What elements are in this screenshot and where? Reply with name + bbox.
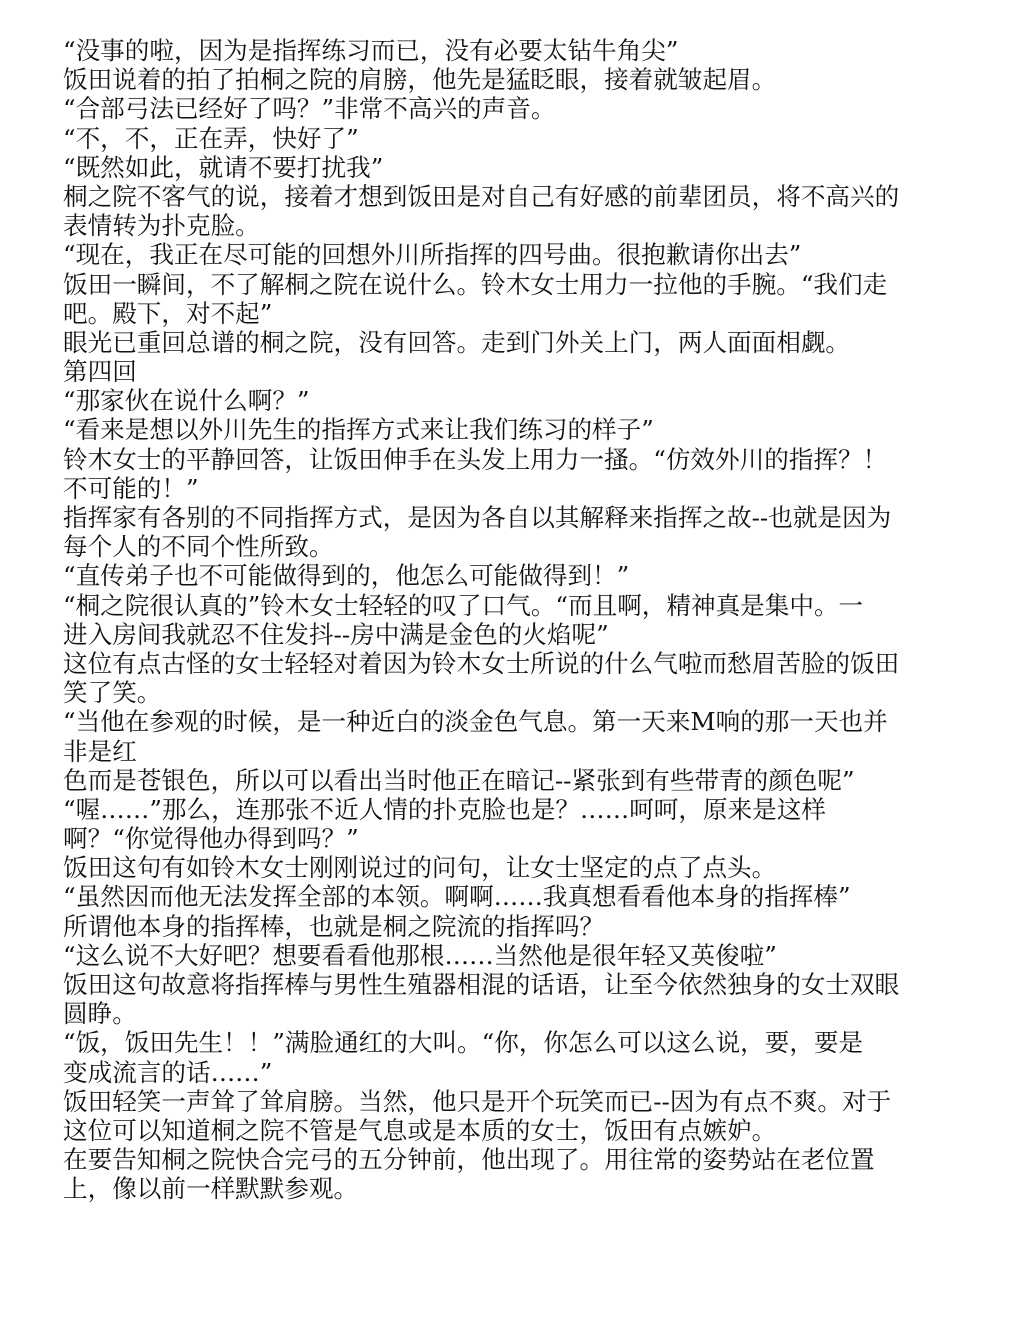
text-line: 饭田一瞬间，不了解桐之院在说什么。铃木女士用力一拉他的手腕。“我们走 (63, 270, 955, 299)
text-line: 饭田轻笑一声耸了耸肩膀。当然，他只是开个玩笑而已--因为有点不爽。对于 (63, 1087, 955, 1116)
text-line: “那家伙在说什么啊？” (63, 386, 955, 415)
text-line: 眼光已重回总谱的桐之院，没有回答。走到门外关上门，两人面面相觑。 (63, 328, 955, 357)
text-line: “当他在参观的时候，是一种近白的淡金色气息。第一天来M响的那一天也并 (63, 707, 955, 736)
text-line: 饭田说着的拍了拍桐之院的肩膀，他先是猛眨眼，接着就皱起眉。 (63, 65, 955, 94)
text-line: 所谓他本身的指挥棒，也就是桐之院流的指挥吗？ (63, 912, 955, 941)
text-line: 非是红 (63, 737, 955, 766)
text-line: 不可能的！” (63, 474, 955, 503)
text-line: 这位可以知道桐之院不管是气息或是本质的女士，饭田有点嫉妒。 (63, 1116, 955, 1145)
text-line: “合部弓法已经好了吗？”非常不高兴的声音。 (63, 94, 955, 123)
text-line: 变成流言的话……” (63, 1058, 955, 1087)
text-line: 表情转为扑克脸。 (63, 211, 955, 240)
text-line: “不，不，正在弄，快好了” (63, 124, 955, 153)
text-line: “虽然因而他无法发挥全部的本领。啊啊……我真想看看他本身的指挥棒” (63, 882, 955, 911)
text-line: 上，像以前一样默默参观。 (63, 1174, 955, 1203)
text-line: “饭，饭田先生！！”满脸通红的大叫。“你，你怎么可以这么说，要，要是 (63, 1028, 955, 1057)
text-line: 吧。殿下，对不起” (63, 299, 955, 328)
text-line: 在要告知桐之院快合完弓的五分钟前，他出现了。用往常的姿势站在老位置 (63, 1145, 955, 1174)
text-line: 饭田这句有如铃木女士刚刚说过的问句，让女士坚定的点了点头。 (63, 853, 955, 882)
text-line: 色而是苍银色，所以可以看出当时他正在暗记--紧张到有些带青的颜色呢” (63, 766, 955, 795)
text-line: 笑了笑。 (63, 678, 955, 707)
text-line: 每个人的不同个性所致。 (63, 532, 955, 561)
document-page: “没事的啦，因为是指挥练习而已，没有必要太钻牛角尖” 饭田说着的拍了拍桐之院的肩… (63, 36, 955, 1204)
text-line: “喔……”那么，连那张不近人情的扑克脸也是？……呵呵，原来是这样 (63, 795, 955, 824)
text-line: 饭田这句故意将指挥棒与男性生殖器相混的话语，让至今依然独身的女士双眼 (63, 970, 955, 999)
text-line: 桐之院不客气的说，接着才想到饭田是对自己有好感的前辈团员，将不高兴的 (63, 182, 955, 211)
text-line: 进入房间我就忍不住发抖--房中满是金色的火焰呢” (63, 620, 955, 649)
chapter-heading: 第四回 (63, 357, 955, 386)
text-line: 指挥家有各别的不同指挥方式，是因为各自以其解释来指挥之故--也就是因为 (63, 503, 955, 532)
text-line: “看来是想以外川先生的指挥方式来让我们练习的样子” (63, 415, 955, 444)
text-line: 铃木女士的平静回答，让饭田伸手在头发上用力一搔。“仿效外川的指挥？！ (63, 445, 955, 474)
text-line: “这么说不大好吧？想要看看他那根……当然他是很年轻又英俊啦” (63, 941, 955, 970)
text-line: “既然如此，就请不要打扰我” (63, 153, 955, 182)
text-line: “桐之院很认真的”铃木女士轻轻的叹了口气。“而且啊，精神真是集中。一 (63, 591, 955, 620)
text-line: 圆睁。 (63, 999, 955, 1028)
text-line: 啊？“你觉得他办得到吗？” (63, 824, 955, 853)
text-line: 这位有点古怪的女士轻轻对着因为铃木女士所说的什么气啦而愁眉苦脸的饭田 (63, 649, 955, 678)
text-line: “现在，我正在尽可能的回想外川所指挥的四号曲。很抱歉请你出去” (63, 240, 955, 269)
text-line: “直传弟子也不可能做得到的，他怎么可能做得到！” (63, 561, 955, 590)
text-line: “没事的啦，因为是指挥练习而已，没有必要太钻牛角尖” (63, 36, 955, 65)
